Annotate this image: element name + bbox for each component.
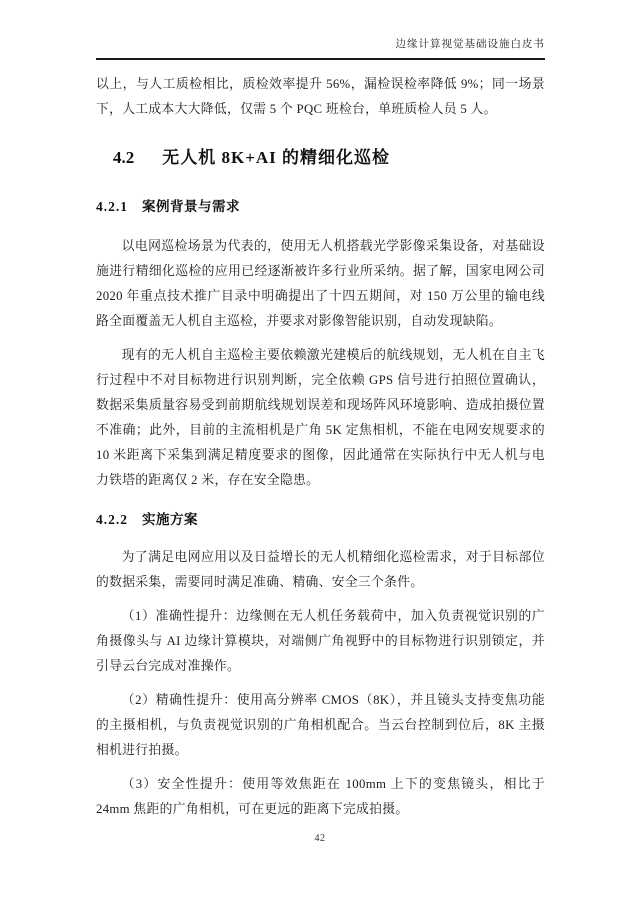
paragraph-plan-item-1: （1）准确性提升：边缘侧在无人机任务载荷中，加入负责视觉识别的广角摄像头与 AI…: [96, 604, 545, 679]
subsection-title-422: 实施方案: [142, 512, 198, 527]
page-content: 以上，与人工质检相比，质检效率提升 56%，漏检误检率降低 9%；同一场景下，人…: [96, 72, 545, 822]
paragraph-plan-intro: 为了满足电网应用以及日益增长的无人机精细化巡检需求，对于目标部位的数据采集，需要…: [96, 545, 545, 595]
running-title: 边缘计算视觉基础设施白皮书: [96, 38, 545, 52]
subsection-heading-422: 4.2.2实施方案: [96, 511, 545, 529]
subsection-title-421: 案例背景与需求: [142, 199, 240, 214]
page-number: 42: [315, 833, 326, 844]
paragraph-plan-item-3: （3）安全性提升：使用等效焦距在 100mm 上下的变焦镜头，相比于 24mm …: [96, 772, 545, 822]
subsection-number-421: 4.2.1: [96, 198, 128, 216]
page-header: 边缘计算视觉基础设施白皮书: [96, 38, 545, 60]
paragraph-background-2: 现有的无人机自主巡检主要依赖激光建模后的航线规划，无人机在自主飞行过程中不对目标…: [96, 343, 545, 493]
paragraph-plan-item-2: （2）精确性提升：使用高分辨率 CMOS（8K），并且镜头支持变焦功能的主摄相机…: [96, 688, 545, 763]
subsection-heading-421: 4.2.1案例背景与需求: [96, 198, 545, 216]
section-number: 4.2: [113, 146, 134, 170]
page-footer: 42: [0, 828, 640, 846]
section-title: 无人机 8K+AI 的精细化巡检: [162, 148, 390, 167]
subsection-number-422: 4.2.2: [96, 511, 128, 529]
continuation-paragraph: 以上，与人工质检相比，质检效率提升 56%，漏检误检率降低 9%；同一场景下，人…: [96, 72, 545, 122]
section-heading: 4.2无人机 8K+AI 的精细化巡检: [113, 146, 545, 170]
header-rule: [96, 58, 545, 60]
paragraph-background-1: 以电网巡检场景为代表的，使用无人机搭载光学影像采集设备，对基础设施进行精细化巡检…: [96, 234, 545, 334]
document-page: 边缘计算视觉基础设施白皮书 以上，与人工质检相比，质检效率提升 56%，漏检误检…: [0, 0, 640, 905]
